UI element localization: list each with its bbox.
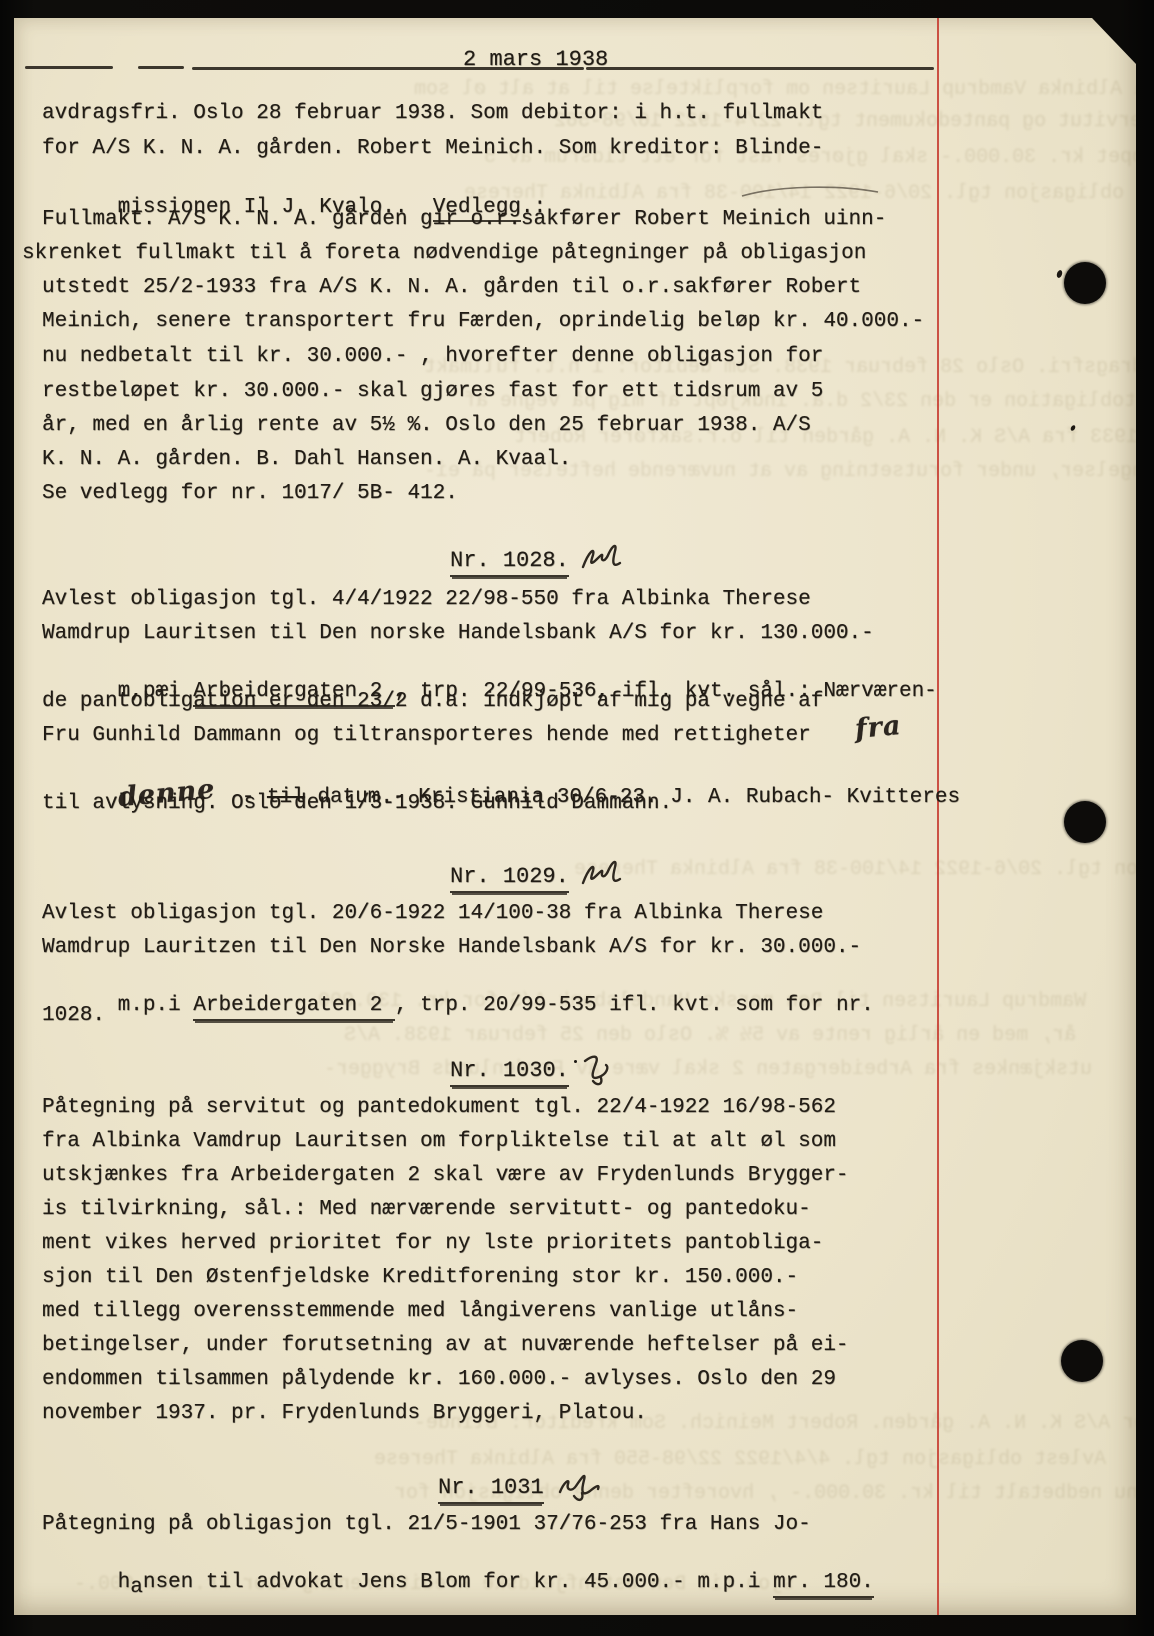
ink-speck: [574, 1060, 577, 1063]
text-line: betingelser, under forutsetning av at nu…: [42, 1334, 849, 1358]
text-line: ment vikes herved prioritet for ny lste …: [42, 1232, 823, 1256]
handwritten-mark-icon: [579, 856, 625, 892]
stray-pen-stroke: [740, 184, 880, 198]
handwritten-mark-icon: [579, 540, 625, 576]
text-line: Se vedlegg for nr. 1017/ 5B- 412.: [42, 482, 458, 506]
text-line: Fullmakt. A/S K. N. A. gården gir o.r.sa…: [42, 208, 886, 232]
handwritten-word: fra: [854, 710, 903, 745]
header-rule-segment: [138, 66, 184, 69]
bleedthrough-text: fra Albinka Vamdrup Lauritsen om forplik…: [414, 78, 1136, 101]
text-line: fra Albinka Vamdrup Lauritsen om forplik…: [42, 1130, 836, 1154]
text-line: til avlysning. Oslo den 1/3-1938. Gunhil…: [42, 792, 672, 816]
text-line: de pantobligation er den 23/2 d.a. indkj…: [42, 690, 823, 714]
text-line: hansen til advokat Jens Blom for kr. 45.…: [42, 1547, 874, 1615]
punch-hole: [1064, 801, 1106, 843]
scanned-document: fra Albinka Vamdrup Lauritsen om forplik…: [0, 0, 1154, 1636]
bleedthrough-text: Avlest obligasjon tgl. 20/6-1922 14/100-…: [574, 858, 1136, 881]
dropped-letter: a: [130, 1576, 143, 1599]
handwritten-mark-icon: [554, 1467, 604, 1507]
text-line: avdragsfri. Oslo 28 februar 1938. Som de…: [42, 102, 823, 126]
header-rule-segment: [586, 67, 934, 70]
header-rule-segment: [192, 67, 584, 70]
section-header-1029: Nr. 1029.: [450, 864, 625, 893]
text-line: 1028.: [42, 1004, 105, 1028]
text-line: utstedt 25/2-1933 fra A/S K. N. A. gårde…: [42, 276, 861, 300]
text-line: år, med en årlig rente av 5½ %. Oslo den…: [42, 414, 811, 438]
punch-hole: [1061, 1340, 1103, 1382]
text-line: skrenket fullmakt til å foreta nødvendig…: [22, 242, 866, 266]
bleedthrough-text: utskjænkes fra Arbeidergaten 2 skal være…: [324, 1058, 1092, 1081]
text-line: november 1937. pr. Frydenlunds Bryggeri,…: [42, 1402, 647, 1426]
text-line: restbeløpet kr. 30.000.- skal gjøres fas…: [42, 380, 823, 404]
section-header-1028: Nr. 1028.: [450, 548, 625, 577]
text-line: sjon til Den Østenfjeldske Kreditforenin…: [42, 1266, 798, 1290]
text-line: Avlest obligasjon tgl. 20/6-1922 14/100-…: [42, 902, 823, 926]
bleedthrough-text: Avlest obligasjon tgl. 4/4/1922 22/98-55…: [374, 1448, 1106, 1471]
header-rule-segment: [25, 66, 113, 69]
section-header-1030: Nr. 1030.: [450, 1058, 619, 1088]
text-line: Wamdrup Lauritzen til Den Norske Handels…: [42, 936, 861, 960]
text-line: is tilvirkning, sål.: Med nærværende ser…: [42, 1198, 811, 1222]
text-line: Avlest obligasjon tgl. 4/4/1922 22/98-55…: [42, 588, 811, 612]
paper-page: fra Albinka Vamdrup Lauritsen om forplik…: [14, 18, 1136, 1615]
section-title: Nr. 1031: [438, 1475, 544, 1504]
section-title: Nr. 1030.: [450, 1058, 569, 1087]
text-line: utskjænkes fra Arbeidergaten 2 skal være…: [42, 1164, 849, 1188]
text-line: Påtegning på servitut og pantedokument t…: [42, 1096, 836, 1120]
underlined-address: Arbeidergaten 2: [193, 994, 395, 1021]
handwritten-mark-icon: [579, 1050, 619, 1088]
text-line: endommen tilsammen pålydende kr. 160.000…: [42, 1368, 836, 1392]
text-line: K. N. A. gården. B. Dahl Hansen. A. Kvaa…: [42, 448, 571, 472]
underlined-reference: mr. 180.: [773, 1571, 874, 1598]
text-line: nu nedbetalt til kr. 30.000.- , hvorefte…: [42, 345, 823, 369]
section-title: Nr. 1028.: [450, 548, 569, 577]
text-line: Fru Gunhild Dammann og tiltransporteres …: [42, 724, 811, 748]
section-title: Nr. 1029.: [450, 864, 569, 893]
text-line: Påtegning på obligasjon tgl. 21/5-1901 3…: [42, 1513, 811, 1537]
text-line: Meinich, senere transportert fru Færden,…: [42, 310, 924, 334]
text-line: for A/S K. N. A. gården. Robert Meinich.…: [42, 137, 823, 161]
punch-hole: [1064, 262, 1106, 304]
text-line: m.p.i Arbeidergaten 2 , trp. 20/99-535 i…: [42, 970, 874, 1042]
section-header-1031: Nr. 1031: [438, 1475, 604, 1507]
text-line: Wamdrup Lauritsen til Den norske Handels…: [42, 622, 874, 646]
ink-speck: [1070, 424, 1076, 431]
ink-speck: [1056, 269, 1063, 278]
text-line: med tillegg overensstemmende med långive…: [42, 1300, 798, 1324]
